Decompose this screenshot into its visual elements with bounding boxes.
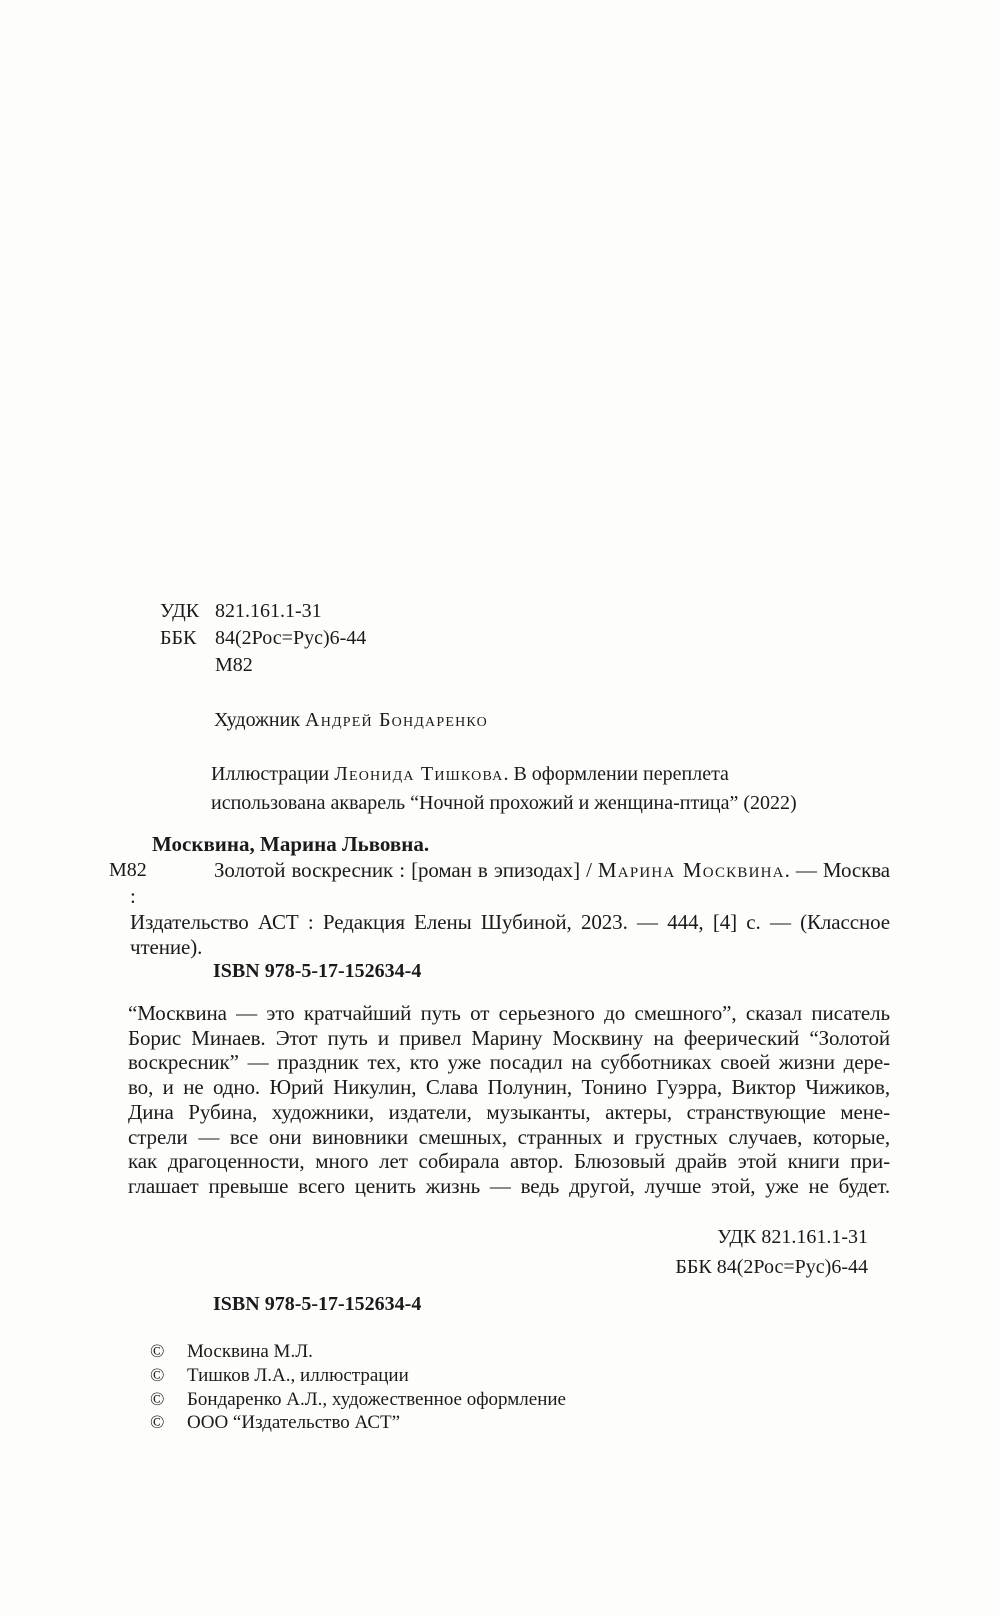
copyright-row: ©ООО “Издательство АСТ” (150, 1411, 566, 1435)
copyright-holder: Бондаренко А.Л., художественное оформлен… (187, 1389, 566, 1410)
bbk-bottom: ББК 84(2Рос=Рус)6-44 (675, 1252, 868, 1282)
illustrator-name: Леонида Тишкова (334, 763, 503, 785)
bbk-row: ББК84(2Рос=Рус)6-44 (160, 625, 366, 652)
isbn-bottom: ISBN 978-5-17-152634-4 (213, 1293, 421, 1316)
copyright-icon: © (150, 1364, 187, 1388)
annotation-line: во, и не одно. Юрий Никулин, Слава Полун… (128, 1075, 890, 1100)
copyright-row: ©Бондаренко А.Л., художественное оформле… (150, 1388, 566, 1412)
illustrations-credit-line1: Иллюстрации Леонида Тишкова. В оформлени… (211, 760, 901, 789)
annotation-line: как драгоценности, много лет собирала ав… (128, 1149, 890, 1174)
isbn-top: ISBN 978-5-17-152634-4 (213, 960, 421, 983)
annotation-line: стрели — все они виновники смешных, стра… (128, 1125, 890, 1150)
udk-bottom: УДК 821.161.1-31 (675, 1222, 868, 1252)
illustrations-rest: . В оформлении переплета (503, 763, 729, 785)
book-imprint-page: УДК821.161.1-31 ББК84(2Рос=Рус)6-44 М82 … (0, 0, 1000, 1616)
author-heading: Москвина, Марина Львовна. (152, 832, 429, 857)
annotation-line: “Москвина — это кратчайший путь от серье… (128, 1001, 890, 1026)
bib-author-name: Марина Москвина (598, 858, 785, 882)
copyright-holder: ООО “Издательство АСТ” (187, 1412, 400, 1433)
annotation-line: Дина Рубина, художники, издатели, музыка… (128, 1100, 890, 1125)
bibliographic-description: Золотой воскресник : [роман в эпизодах] … (130, 858, 890, 961)
annotation-line: воскресник” — праздник тех, кто уже поса… (128, 1050, 890, 1075)
bbk-value: 84(2Рос=Рус)6-44 (215, 627, 366, 649)
udk-row: УДК821.161.1-31 (160, 598, 366, 625)
udk-label: УДК (160, 598, 215, 625)
classification-codes-bottom: УДК 821.161.1-31 ББК 84(2Рос=Рус)6-44 (675, 1222, 868, 1282)
bbk-label: ББК (160, 625, 215, 652)
illustrations-prefix: Иллюстрации (211, 763, 334, 785)
bibliographic-line3: чтение). (130, 935, 890, 961)
annotation-line: Борис Минаев. Этот путь и привел Марину … (128, 1026, 890, 1051)
artist-credit-line: Художник Андрей Бондаренко (214, 709, 488, 732)
copyright-icon: © (150, 1340, 187, 1364)
copyright-holder: Москвина М.Л. (187, 1341, 313, 1362)
bibliographic-line2: Издательство АСТ : Редакция Елены Шубино… (130, 910, 890, 936)
classification-codes-block: УДК821.161.1-31 ББК84(2Рос=Рус)6-44 М82 (160, 598, 366, 679)
annotation-line: глашает превыше всего ценить жизнь — вед… (128, 1174, 890, 1199)
udk-value: 821.161.1-31 (215, 600, 322, 622)
bib-title-statement: Золотой воскресник : [роман в эпизодах] … (214, 858, 598, 882)
copyright-row: ©Тишков Л.А., иллюстрации (150, 1364, 566, 1388)
bibliographic-line1: Золотой воскресник : [роман в эпизодах] … (130, 858, 890, 910)
illustrations-credit-line2: использована акварель “Ночной прохожий и… (211, 789, 901, 818)
author-code-row: М82 (160, 652, 366, 679)
copyright-icon: © (150, 1411, 187, 1435)
artist-credit-prefix: Художник (214, 709, 305, 731)
illustrations-credit-block: Иллюстрации Леонида Тишкова. В оформлени… (211, 760, 901, 817)
annotation-paragraph: “Москвина — это кратчайший путь от серье… (128, 1001, 890, 1199)
author-code: М82 (215, 654, 253, 676)
copyright-row: ©Москвина М.Л. (150, 1340, 566, 1364)
copyright-block: ©Москвина М.Л. ©Тишков Л.А., иллюстрации… (150, 1340, 566, 1435)
copyright-holder: Тишков Л.А., иллюстрации (187, 1365, 409, 1386)
copyright-icon: © (150, 1388, 187, 1412)
artist-name: Андрей Бондаренко (305, 709, 488, 731)
